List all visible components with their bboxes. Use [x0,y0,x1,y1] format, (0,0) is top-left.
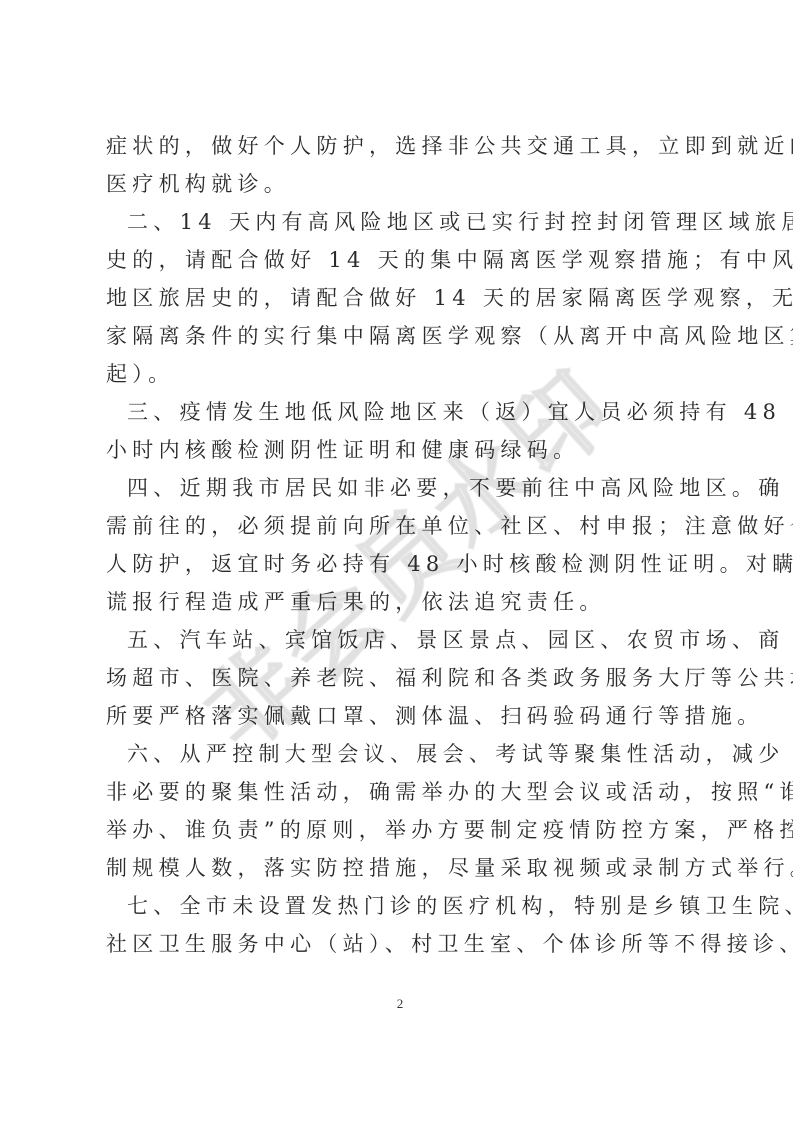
document-page: 非会员水印 症状的，做好个人防护，选择非公共交通工具，立即到就近的 医疗机构就诊… [0,0,793,1122]
text-line: 医疗机构就诊。 [106,165,684,203]
page-number: 2 [390,996,410,1012]
document-body: 症状的，做好个人防护，选择非公共交通工具，立即到就近的 医疗机构就诊。 二、14… [106,127,684,963]
paragraph-3-start: 三、疫情发生地低风险地区来（返）宜人员必须持有 48 [106,393,684,431]
paragraph-5-start: 五、汽车站、宾馆饭店、景区景点、园区、农贸市场、商 [106,621,684,659]
text-line: 社区卫生服务中心（站）、村卫生室、个体诊所等不得接诊、 [106,925,684,963]
text-line: 举办、谁负责”的原则，举办方要制定疫情防控方案，严格控 [106,811,684,849]
paragraph-6-start: 六、从严控制大型会议、展会、考试等聚集性活动，减少 [106,735,684,773]
text-line: 所要严格落实佩戴口罩、测体温、扫码验码通行等措施。 [106,697,684,735]
text-line: 人防护，返宜时务必持有 48 小时核酸检测阴性证明。对瞒报、 [106,545,684,583]
text-line: 小时内核酸检测阴性证明和健康码绿码。 [106,431,684,469]
text-line: 家隔离条件的实行集中隔离医学观察（从离开中高风险地区算 [106,317,684,355]
text-line: 史的，请配合做好 14 天的集中隔离医学观察措施；有中风险 [106,241,684,279]
text-line: 非必要的聚集性活动，确需举办的大型会议或活动，按照“谁 [106,773,684,811]
paragraph-2-start: 二、14 天内有高风险地区或已实行封控封闭管理区域旅居 [106,203,684,241]
text-line: 症状的，做好个人防护，选择非公共交通工具，立即到就近的 [106,127,684,165]
text-line: 地区旅居史的，请配合做好 14 天的居家隔离医学观察，无居 [106,279,684,317]
paragraph-4-start: 四、近期我市居民如非必要，不要前往中高风险地区。确 [106,469,684,507]
paragraph-7-start: 七、全市未设置发热门诊的医疗机构，特别是乡镇卫生院、 [106,887,684,925]
text-line: 制规模人数，落实防控措施，尽量采取视频或录制方式举行。 [106,849,684,887]
text-line: 起）。 [106,355,684,393]
text-line: 场超市、医院、养老院、福利院和各类政务服务大厅等公共场 [106,659,684,697]
text-line: 需前往的，必须提前向所在单位、社区、村申报；注意做好个 [106,507,684,545]
text-line: 谎报行程造成严重后果的，依法追究责任。 [106,583,684,621]
